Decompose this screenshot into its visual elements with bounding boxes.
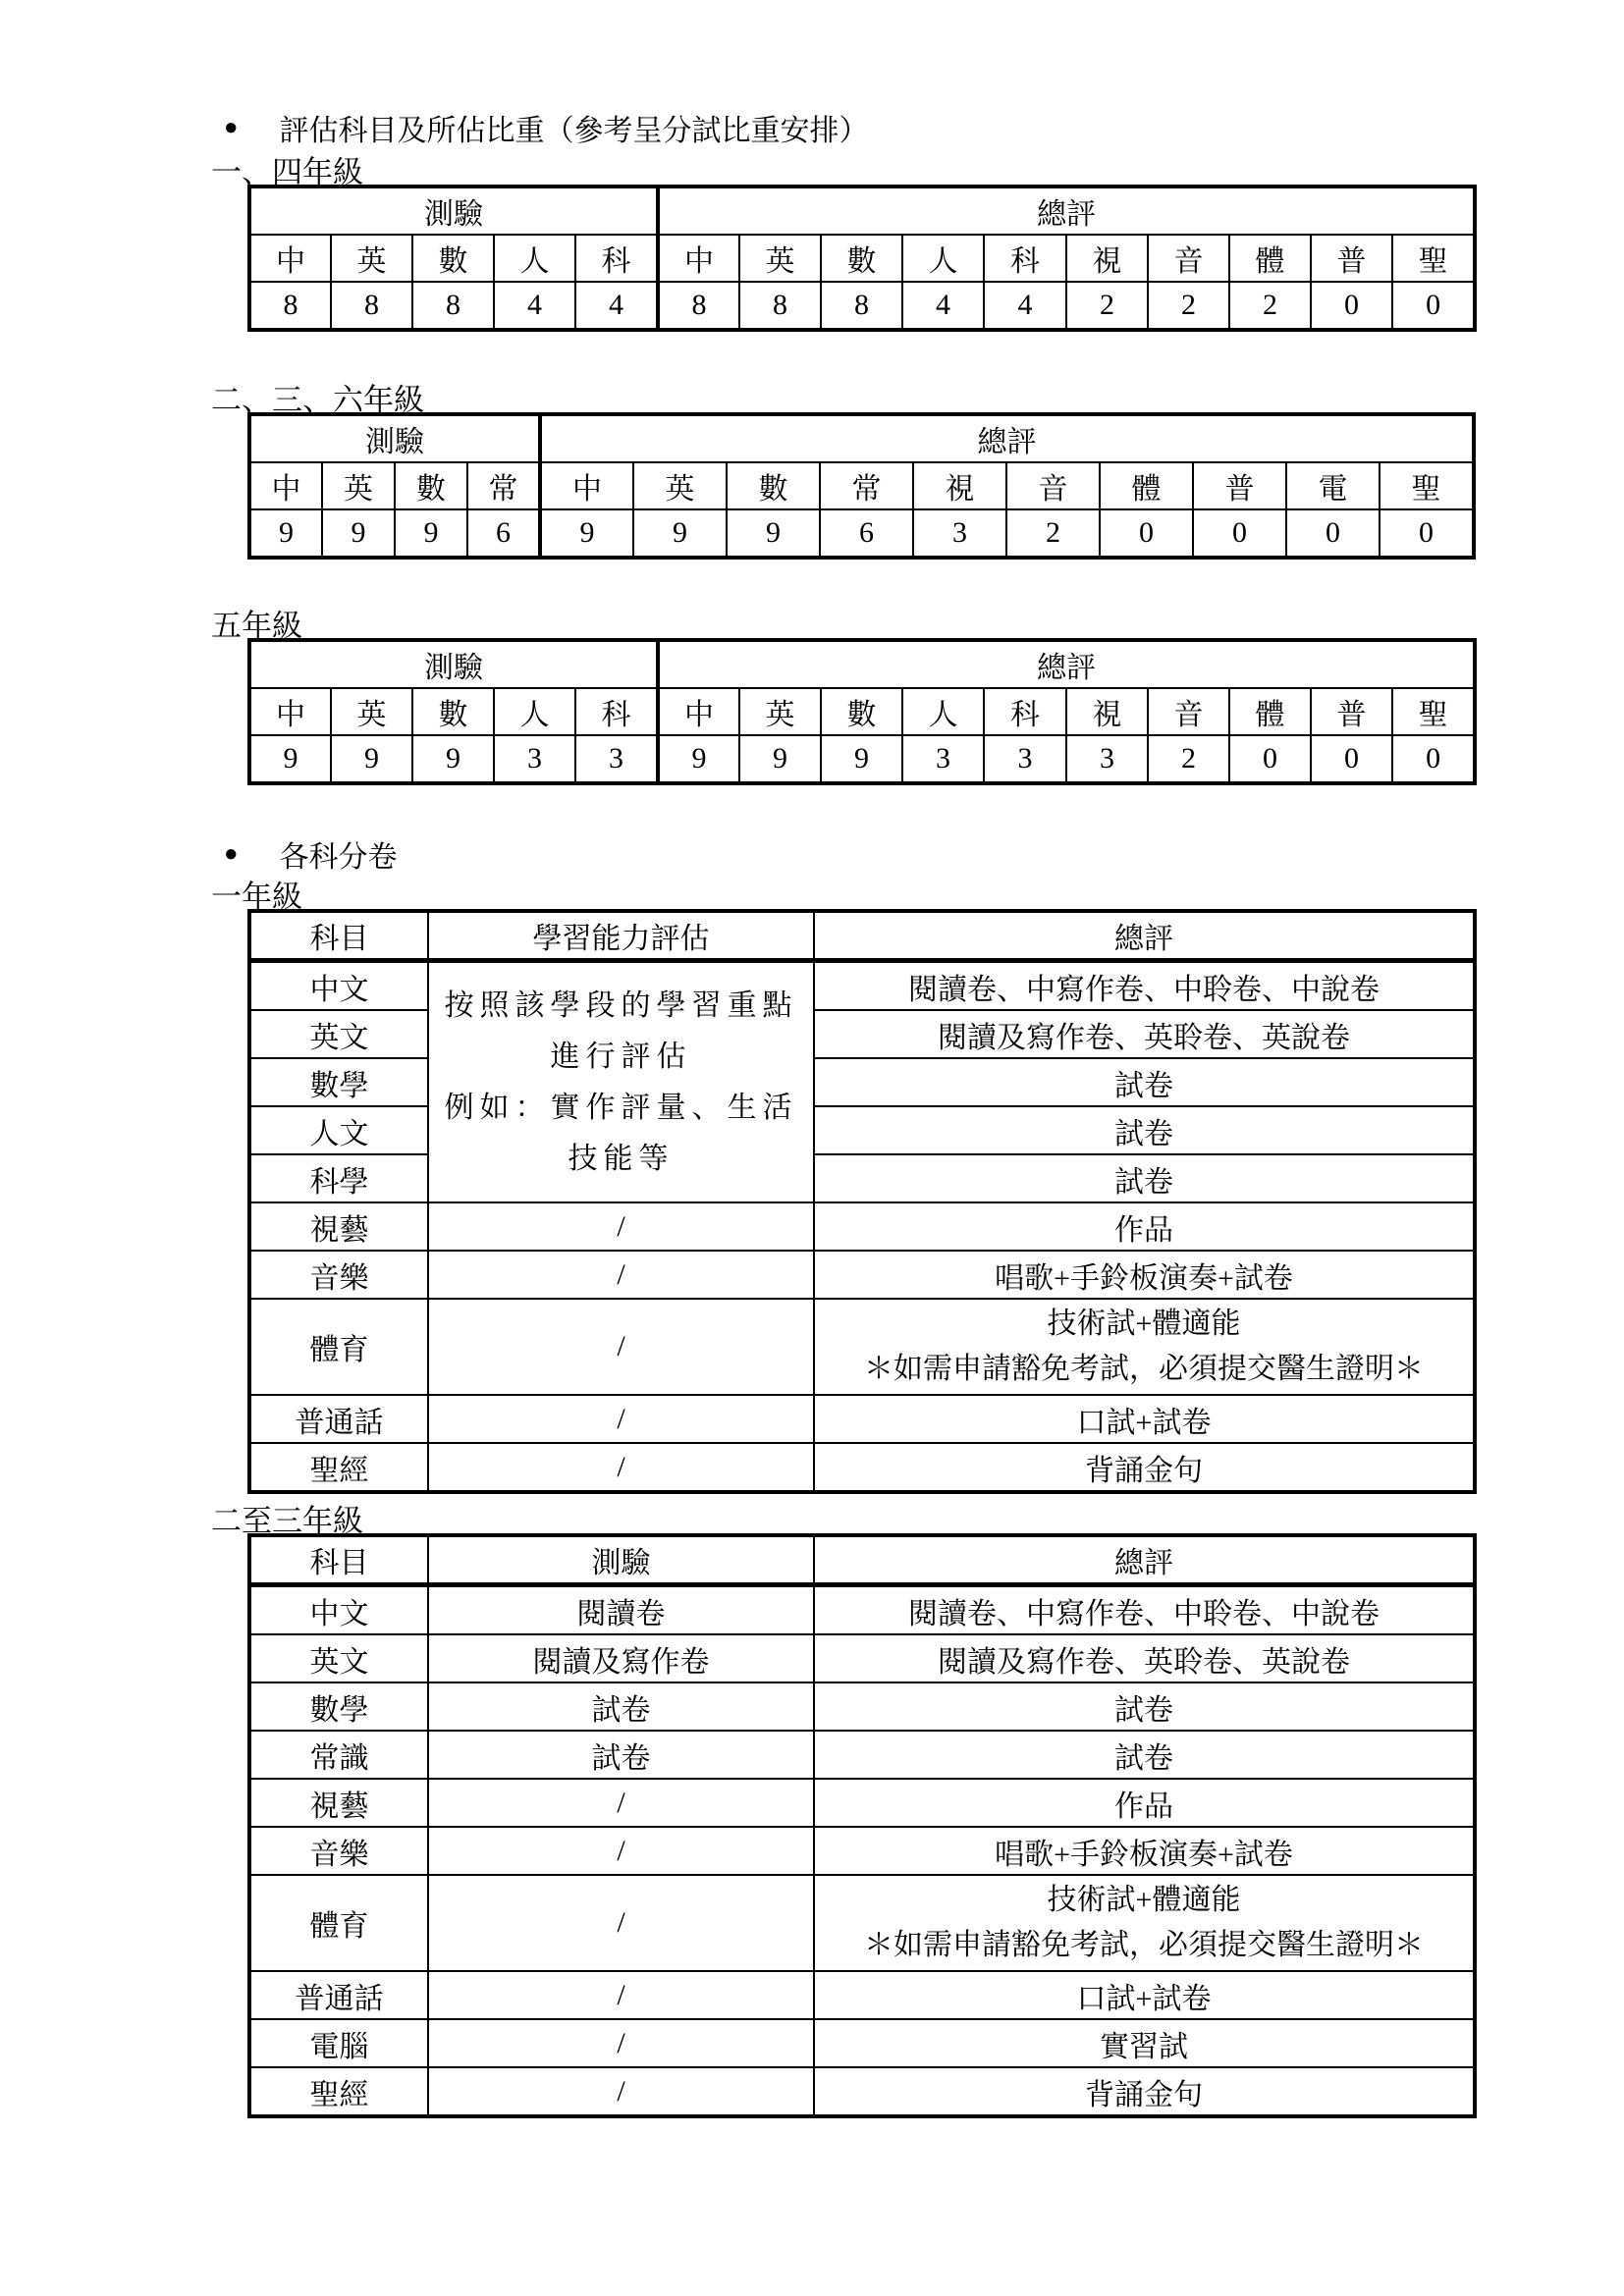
paper-table-grade23: 科目 測驗 總評 中文 閱讀卷 閱讀卷、中寫作卷、中聆卷、中說卷 英文 閱讀及寫… — [247, 1533, 1477, 2118]
value-cell: 0 — [1392, 735, 1475, 783]
subject-cell: 普 — [1193, 462, 1286, 509]
row-subject-cell: 視藝 — [249, 1779, 428, 1827]
value-cell: 4 — [575, 282, 658, 330]
subject-cell: 數 — [412, 688, 494, 735]
row-overall-cell: 口試+試卷 — [814, 1395, 1475, 1443]
header-cell-subject: 科目 — [249, 1535, 428, 1585]
subject-cell: 聖 — [1392, 235, 1475, 282]
overall-note: ＊如需申請豁免考試，必須提交醫生證明＊ — [821, 1347, 1467, 1392]
bullet-icon: ● — [224, 116, 239, 139]
row-test-cell: 閱讀及寫作卷 — [428, 1634, 814, 1682]
assessment-line: 進行評估 — [435, 1032, 807, 1083]
row-test-cell: 試卷 — [428, 1731, 814, 1779]
band-cell-overall: 總評 — [658, 187, 1475, 235]
value-cell: 9 — [739, 735, 821, 783]
row-subject-cell: 音樂 — [249, 1251, 428, 1299]
value-cell: 2 — [1148, 282, 1229, 330]
row-overall-cell: 試卷 — [814, 1154, 1475, 1202]
row-subject-cell: 數學 — [249, 1682, 428, 1731]
weight-table-grade236: 測驗 總評 中 英 數 常 中 英 數 常 視 音 體 普 電 聖 9 9 9 … — [247, 412, 1476, 560]
section-title: 評估科目及所佔比重（參考呈分試比重安排） — [280, 106, 869, 149]
value-cell: 2 — [1066, 282, 1148, 330]
band-cell-overall: 總評 — [658, 640, 1475, 688]
header-row: 科目 測驗 總評 — [249, 1535, 1475, 1585]
subject-cell: 人 — [494, 235, 575, 282]
table-row: 中文 按照該學段的學習重點 進行評估 例如：實作評量、生活 技能等 閱讀卷、中寫… — [249, 961, 1475, 1011]
row-test-cell: / — [428, 1395, 814, 1443]
value-cell: 3 — [575, 735, 658, 783]
row-subject-cell: 聖經 — [249, 2067, 428, 2116]
row-subject-cell: 體育 — [249, 1875, 428, 1971]
overall-line: 技術試+體適能 — [821, 1302, 1467, 1347]
value-cell: 9 — [821, 735, 902, 783]
subject-cell: 視 — [913, 462, 1006, 509]
row-overall-cell: 試卷 — [814, 1106, 1475, 1154]
subject-cell: 科 — [984, 235, 1066, 282]
subject-cell: 英 — [331, 688, 412, 735]
row-subject-cell: 常識 — [249, 1731, 428, 1779]
subject-cell: 英 — [322, 462, 395, 509]
subject-cell: 視 — [1066, 688, 1148, 735]
row-test-cell: / — [428, 1827, 814, 1875]
table-row: 常識 試卷 試卷 — [249, 1731, 1475, 1779]
row-overall-cell: 口試+試卷 — [814, 1971, 1475, 2019]
table-row: 普通話 / 口試+試卷 — [249, 1971, 1475, 2019]
header-cell-overall: 總評 — [814, 1535, 1475, 1585]
value-cell: 4 — [494, 282, 575, 330]
band-row: 測驗 總評 — [249, 187, 1475, 235]
value-cell: 9 — [412, 735, 494, 783]
band-cell-test: 測驗 — [249, 414, 540, 462]
subject-cell: 英 — [331, 235, 412, 282]
row-subject-cell: 視藝 — [249, 1202, 428, 1251]
row-subject-cell: 英文 — [249, 1634, 428, 1682]
row-subject-cell: 普通話 — [249, 1971, 428, 2019]
row-overall-cell: 試卷 — [814, 1731, 1475, 1779]
row-overall-cell: 閱讀卷、中寫作卷、中聆卷、中說卷 — [814, 1585, 1475, 1635]
value-row: 9 9 9 3 3 9 9 9 3 3 3 2 0 0 0 — [249, 735, 1475, 783]
table-row: 音樂 / 唱歌+手鈴板演奏+試卷 — [249, 1827, 1475, 1875]
subject-row: 中 英 數 人 科 中 英 數 人 科 視 音 體 普 聖 — [249, 235, 1475, 282]
row-test-cell: / — [428, 1251, 814, 1299]
row-subject-cell: 普通話 — [249, 1395, 428, 1443]
merged-assessment-cell: 按照該學段的學習重點 進行評估 例如：實作評量、生活 技能等 — [428, 961, 814, 1203]
subject-cell: 音 — [1006, 462, 1100, 509]
section-header-papers: ● 各科分卷 — [224, 832, 398, 876]
subject-cell: 中 — [658, 235, 739, 282]
value-cell: 8 — [249, 282, 331, 330]
value-cell: 0 — [1311, 735, 1392, 783]
subject-cell: 數 — [821, 235, 902, 282]
value-cell: 9 — [249, 509, 322, 558]
row-test-cell: / — [428, 1202, 814, 1251]
subject-cell: 科 — [575, 235, 658, 282]
subject-row: 中 英 數 人 科 中 英 數 人 科 視 音 體 普 聖 — [249, 688, 1475, 735]
value-cell: 0 — [1193, 509, 1286, 558]
row-test-cell: 閱讀卷 — [428, 1585, 814, 1635]
band-cell-test: 測驗 — [249, 640, 658, 688]
subject-cell: 電 — [1286, 462, 1380, 509]
value-cell: 2 — [1229, 282, 1311, 330]
subject-cell: 人 — [494, 688, 575, 735]
section-header-weights: ● 評估科目及所佔比重（參考呈分試比重安排） — [224, 106, 869, 149]
weight-table-grade4: 測驗 總評 中 英 數 人 科 中 英 數 人 科 視 音 體 普 聖 8 8 … — [247, 185, 1477, 332]
row-overall-cell: 試卷 — [814, 1058, 1475, 1106]
table-row: 聖經 / 背誦金句 — [249, 2067, 1475, 2116]
subject-cell: 常 — [467, 462, 540, 509]
subject-cell: 聖 — [1380, 462, 1474, 509]
row-test-cell: / — [428, 1875, 814, 1971]
value-row: 9 9 9 6 9 9 9 6 3 2 0 0 0 0 — [249, 509, 1474, 558]
header-cell-test: 測驗 — [428, 1535, 814, 1585]
weight-table-grade5: 測驗 總評 中 英 數 人 科 中 英 數 人 科 視 音 體 普 聖 9 9 … — [247, 638, 1477, 785]
row-test-cell: 試卷 — [428, 1682, 814, 1731]
subject-cell: 人 — [902, 235, 984, 282]
value-cell: 0 — [1380, 509, 1474, 558]
value-cell: 3 — [1066, 735, 1148, 783]
subject-cell: 體 — [1100, 462, 1193, 509]
row-subject-cell: 科學 — [249, 1154, 428, 1202]
row-overall-cell: 作品 — [814, 1202, 1475, 1251]
row-overall-cell: 實習試 — [814, 2019, 1475, 2067]
row-overall-cell: 閱讀及寫作卷、英聆卷、英說卷 — [814, 1634, 1475, 1682]
subject-cell: 音 — [1148, 688, 1229, 735]
value-cell: 0 — [1392, 282, 1475, 330]
row-overall-cell: 背誦金句 — [814, 2067, 1475, 2116]
value-cell: 0 — [1229, 735, 1311, 783]
value-cell: 3 — [913, 509, 1006, 558]
row-subject-cell: 數學 — [249, 1058, 428, 1106]
section-title: 各科分卷 — [280, 832, 398, 876]
subject-cell: 英 — [739, 235, 821, 282]
subject-cell: 音 — [1148, 235, 1229, 282]
row-overall-cell: 技術試+體適能 ＊如需申請豁免考試，必須提交醫生證明＊ — [814, 1875, 1475, 1971]
subject-cell: 英 — [739, 688, 821, 735]
row-subject-cell: 體育 — [249, 1299, 428, 1395]
value-cell: 9 — [331, 735, 412, 783]
value-cell: 8 — [658, 282, 739, 330]
subject-cell: 科 — [575, 688, 658, 735]
value-cell: 9 — [633, 509, 727, 558]
subject-cell: 數 — [395, 462, 467, 509]
row-test-cell: / — [428, 1443, 814, 1492]
table-row: 體育 / 技術試+體適能 ＊如需申請豁免考試，必須提交醫生證明＊ — [249, 1875, 1475, 1971]
paper-table-grade1: 科目 學習能力評估 總評 中文 按照該學段的學習重點 進行評估 例如：實作評量、… — [247, 909, 1477, 1494]
value-cell: 0 — [1100, 509, 1193, 558]
subject-cell: 中 — [540, 462, 633, 509]
subject-cell: 科 — [984, 688, 1066, 735]
subject-cell: 普 — [1311, 235, 1392, 282]
subject-cell: 數 — [412, 235, 494, 282]
value-cell: 2 — [1006, 509, 1100, 558]
header-cell-subject: 科目 — [249, 911, 428, 961]
document-page: ● 評估科目及所佔比重（參考呈分試比重安排） 一、四年級 測驗 總評 中 英 數… — [0, 0, 1624, 2296]
value-cell: 8 — [821, 282, 902, 330]
band-cell-overall: 總評 — [540, 414, 1474, 462]
table-row: 數學 試卷 試卷 — [249, 1682, 1475, 1731]
value-cell: 3 — [984, 735, 1066, 783]
overall-line: 技術試+體適能 — [821, 1878, 1467, 1923]
value-cell: 9 — [249, 735, 331, 783]
value-cell: 0 — [1286, 509, 1380, 558]
value-row: 8 8 8 4 4 8 8 8 4 4 2 2 2 0 0 — [249, 282, 1475, 330]
value-cell: 9 — [322, 509, 395, 558]
table-row: 音樂 / 唱歌+手鈴板演奏+試卷 — [249, 1251, 1475, 1299]
band-row: 測驗 總評 — [249, 640, 1475, 688]
value-cell: 0 — [1311, 282, 1392, 330]
value-cell: 8 — [412, 282, 494, 330]
value-cell: 4 — [984, 282, 1066, 330]
row-subject-cell: 聖經 — [249, 1443, 428, 1492]
subject-row: 中 英 數 常 中 英 數 常 視 音 體 普 電 聖 — [249, 462, 1474, 509]
value-cell: 4 — [902, 282, 984, 330]
row-subject-cell: 電腦 — [249, 2019, 428, 2067]
band-cell-test: 測驗 — [249, 187, 658, 235]
row-subject-cell: 人文 — [249, 1106, 428, 1154]
subject-cell: 英 — [633, 462, 727, 509]
row-overall-cell: 唱歌+手鈴板演奏+試卷 — [814, 1827, 1475, 1875]
subject-cell: 中 — [249, 688, 331, 735]
row-overall-cell: 技術試+體適能 ＊如需申請豁免考試，必須提交醫生證明＊ — [814, 1299, 1475, 1395]
table-row: 視藝 / 作品 — [249, 1202, 1475, 1251]
value-cell: 3 — [902, 735, 984, 783]
table-row: 視藝 / 作品 — [249, 1779, 1475, 1827]
value-cell: 2 — [1148, 735, 1229, 783]
table-row: 聖經 / 背誦金句 — [249, 1443, 1475, 1492]
value-cell: 9 — [395, 509, 467, 558]
header-cell-assessment: 學習能力評估 — [428, 911, 814, 961]
value-cell: 6 — [467, 509, 540, 558]
row-subject-cell: 中文 — [249, 1585, 428, 1635]
value-cell: 6 — [820, 509, 913, 558]
value-cell: 3 — [494, 735, 575, 783]
band-row: 測驗 總評 — [249, 414, 1474, 462]
subject-cell: 數 — [727, 462, 820, 509]
subject-cell: 視 — [1066, 235, 1148, 282]
subject-cell: 中 — [658, 688, 739, 735]
row-subject-cell: 音樂 — [249, 1827, 428, 1875]
assessment-line: 按照該學段的學習重點 — [435, 981, 807, 1032]
overall-note: ＊如需申請豁免考試，必須提交醫生證明＊ — [821, 1923, 1467, 1968]
table-row: 電腦 / 實習試 — [249, 2019, 1475, 2067]
value-cell: 9 — [540, 509, 633, 558]
value-cell: 8 — [331, 282, 412, 330]
assessment-line: 例如：實作評量、生活 — [435, 1083, 807, 1134]
row-overall-cell: 閱讀及寫作卷、英聆卷、英說卷 — [814, 1010, 1475, 1058]
row-test-cell: / — [428, 1299, 814, 1395]
table-row: 普通話 / 口試+試卷 — [249, 1395, 1475, 1443]
subject-cell: 中 — [249, 235, 331, 282]
row-test-cell: / — [428, 2067, 814, 2116]
subject-cell: 體 — [1229, 235, 1311, 282]
subject-cell: 聖 — [1392, 688, 1475, 735]
table-row: 體育 / 技術試+體適能 ＊如需申請豁免考試，必須提交醫生證明＊ — [249, 1299, 1475, 1395]
table-row: 中文 閱讀卷 閱讀卷、中寫作卷、中聆卷、中說卷 — [249, 1585, 1475, 1635]
subject-cell: 中 — [249, 462, 322, 509]
subject-cell: 常 — [820, 462, 913, 509]
row-overall-cell: 唱歌+手鈴板演奏+試卷 — [814, 1251, 1475, 1299]
subject-cell: 人 — [902, 688, 984, 735]
row-subject-cell: 英文 — [249, 1010, 428, 1058]
row-test-cell: / — [428, 1779, 814, 1827]
assessment-line: 技能等 — [435, 1134, 807, 1185]
value-cell: 9 — [658, 735, 739, 783]
subject-cell: 普 — [1311, 688, 1392, 735]
row-overall-cell: 試卷 — [814, 1682, 1475, 1731]
value-cell: 9 — [727, 509, 820, 558]
subject-cell: 體 — [1229, 688, 1311, 735]
row-subject-cell: 中文 — [249, 961, 428, 1011]
header-row: 科目 學習能力評估 總評 — [249, 911, 1475, 961]
row-overall-cell: 背誦金句 — [814, 1443, 1475, 1492]
header-cell-overall: 總評 — [814, 911, 1475, 961]
row-overall-cell: 作品 — [814, 1779, 1475, 1827]
row-overall-cell: 閱讀卷、中寫作卷、中聆卷、中說卷 — [814, 961, 1475, 1011]
bullet-icon: ● — [224, 842, 239, 866]
row-test-cell: / — [428, 2019, 814, 2067]
subject-cell: 數 — [821, 688, 902, 735]
value-cell: 8 — [739, 282, 821, 330]
row-test-cell: / — [428, 1971, 814, 2019]
table-row: 英文 閱讀及寫作卷 閱讀及寫作卷、英聆卷、英說卷 — [249, 1634, 1475, 1682]
